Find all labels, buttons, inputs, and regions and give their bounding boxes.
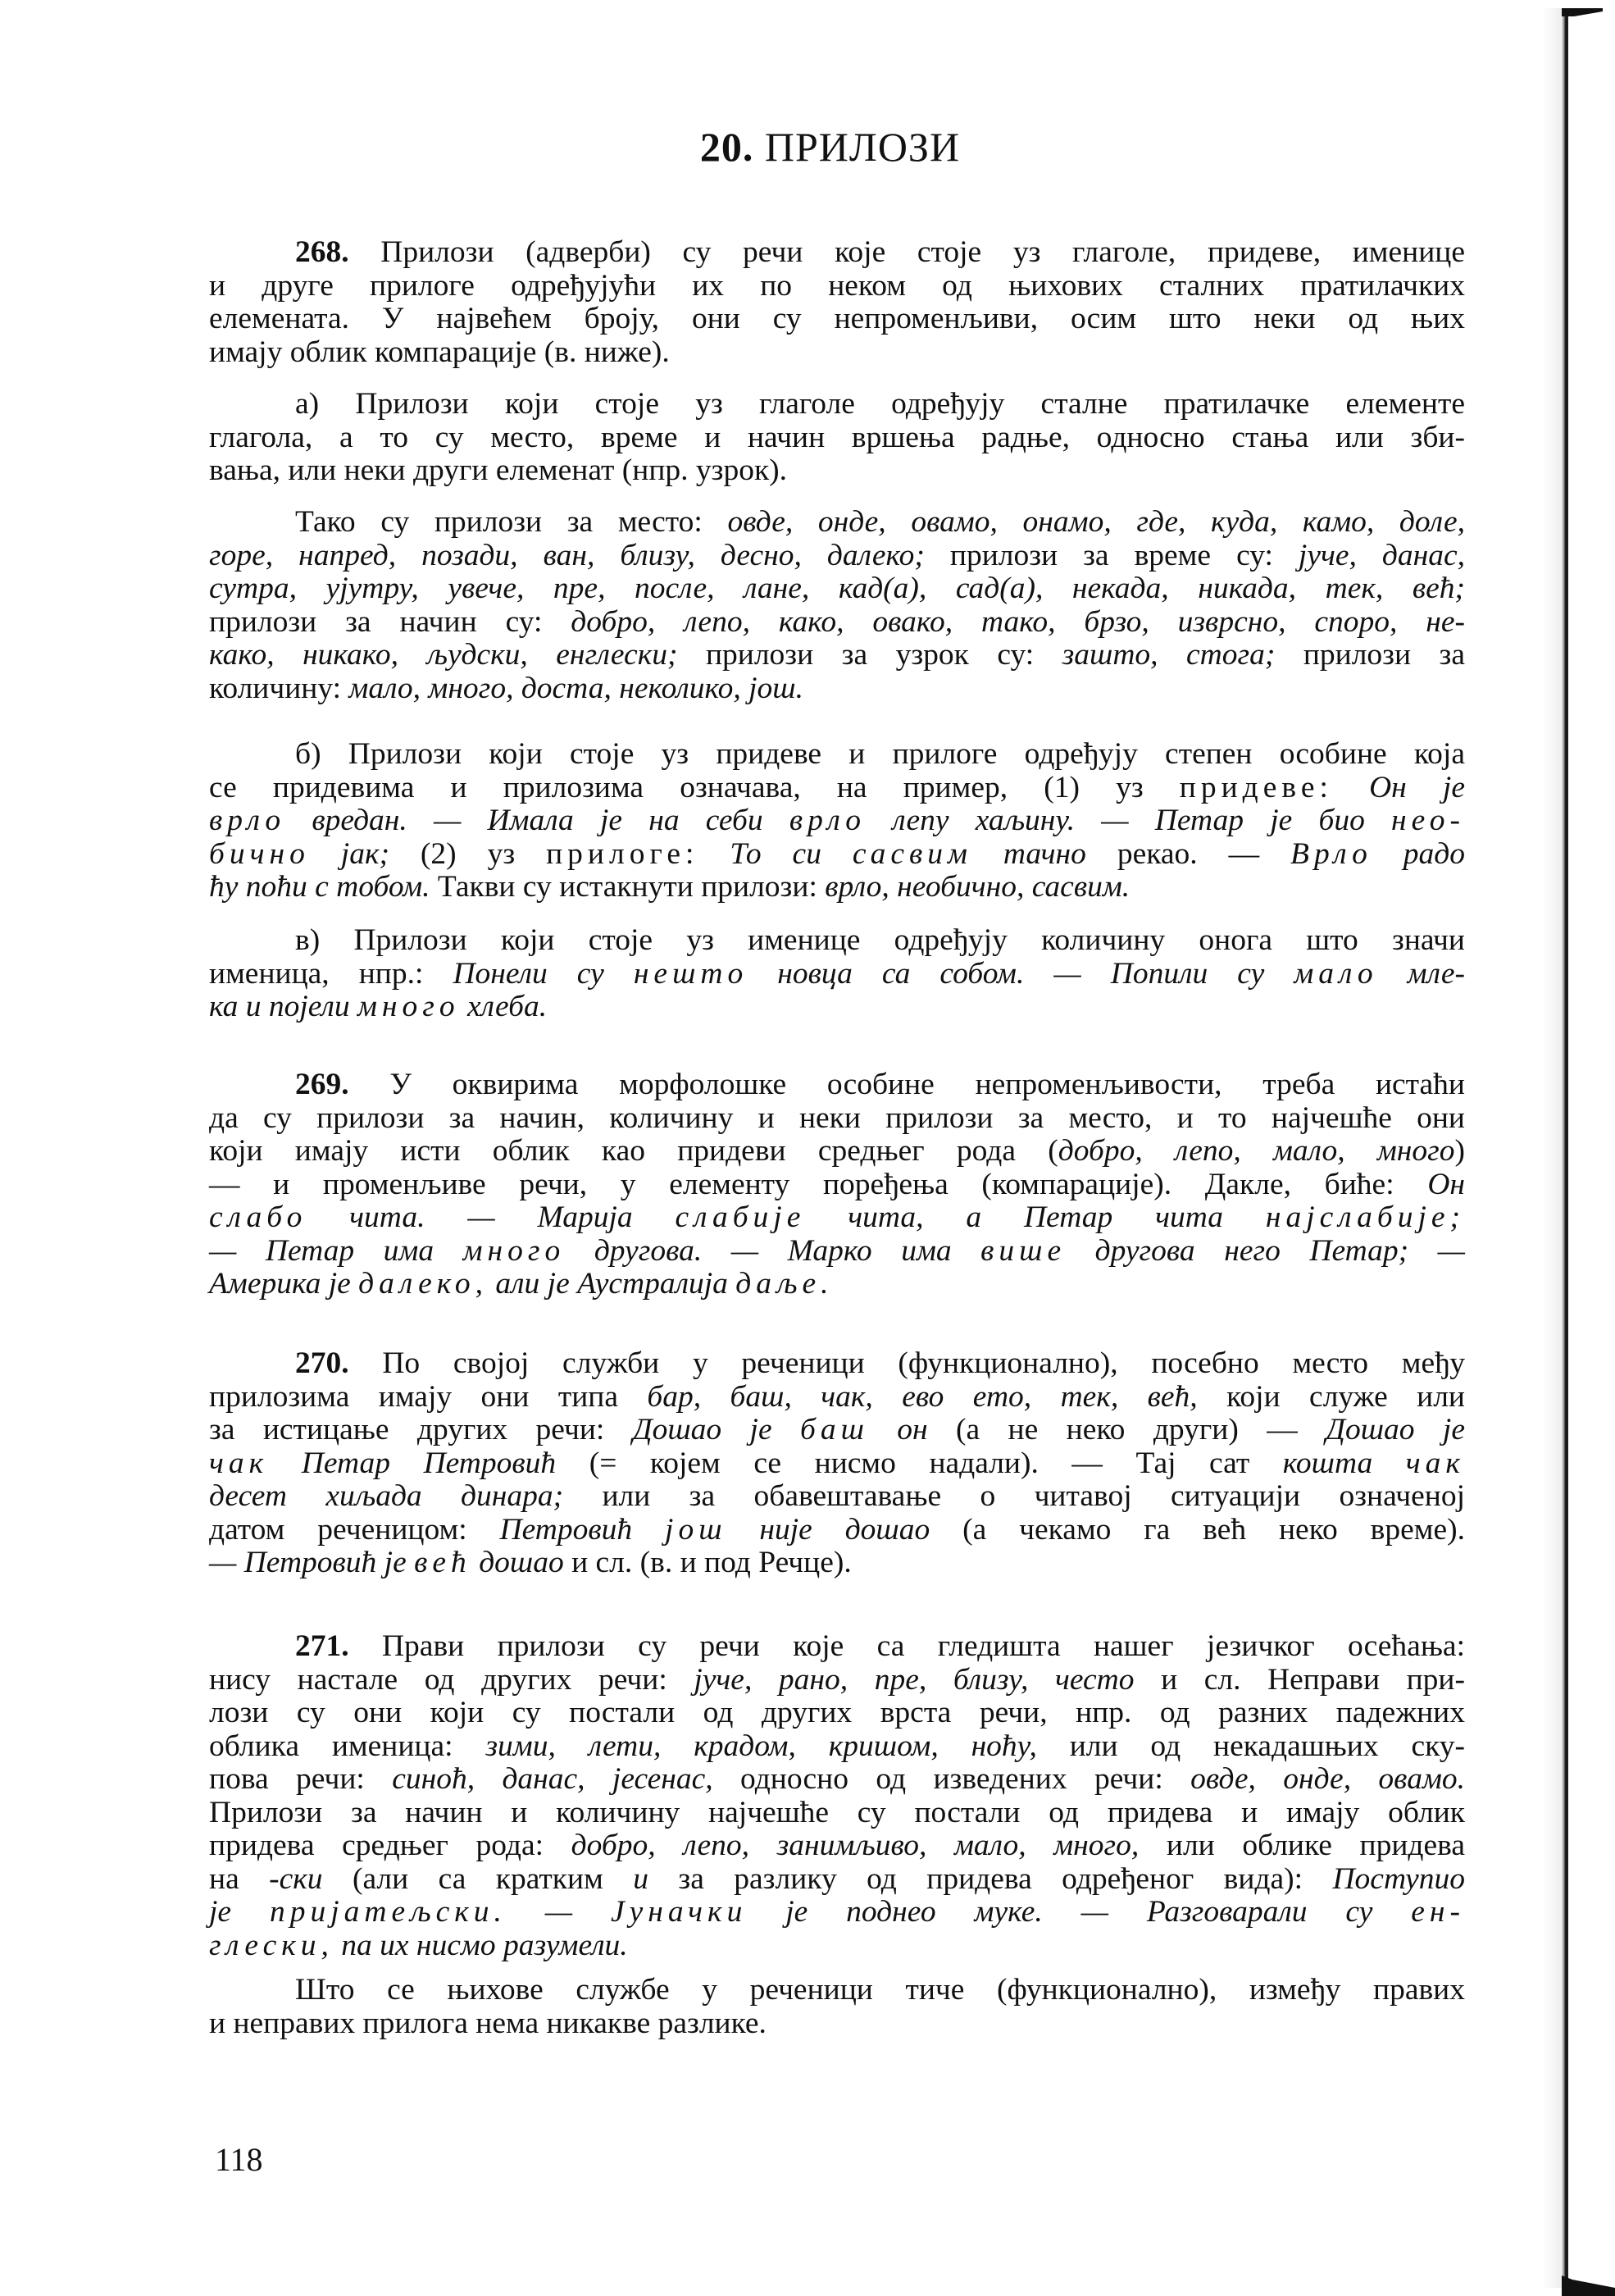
chapter-name: ПРИЛОЗИ: [765, 124, 960, 170]
paragraph-268-b: б) Прилози који стоје уз придеве и прило…: [209, 738, 1465, 904]
page-binding-edge: [1562, 8, 1568, 2288]
paragraph-271: 271. Прави прилози су речи које са гледи…: [209, 1630, 1465, 1962]
paragraph-number: 268.: [295, 235, 349, 269]
paragraph-number: 270.: [295, 1346, 349, 1380]
binding-corner-bottom: [1562, 2275, 1615, 2296]
paragraph-270: 270. По својој служби у реченици (функци…: [209, 1347, 1465, 1580]
binding-corner-top: [1562, 8, 1603, 16]
paragraph-268: 268. Прилози (адверби) су речи које стој…: [209, 236, 1465, 369]
chapter-title: 20. ПРИЛОЗИ: [0, 123, 1615, 171]
book-page: 20. ПРИЛОЗИ 268. Прилози (адверби) су ре…: [0, 0, 1615, 2296]
paragraph-271-conclusion: Што се њихове службе у реченици тиче (фу…: [209, 1974, 1465, 2040]
paragraph-268-a: а) Прилози који стоје уз глаголе одређуј…: [209, 388, 1465, 488]
paragraph-268-v: в) Прилози који стоје уз именице одређуј…: [209, 924, 1465, 1024]
paragraph-number: 271.: [295, 1629, 349, 1663]
paragraph-269: 269. У оквирима морфолошке особине непро…: [209, 1068, 1465, 1301]
paragraph-number: 269.: [295, 1068, 349, 1101]
page-number: 118: [215, 2140, 263, 2179]
chapter-number: 20.: [700, 124, 754, 170]
paragraph-268-examples: Тако су прилози за место: овде, онде, ов…: [209, 506, 1465, 705]
